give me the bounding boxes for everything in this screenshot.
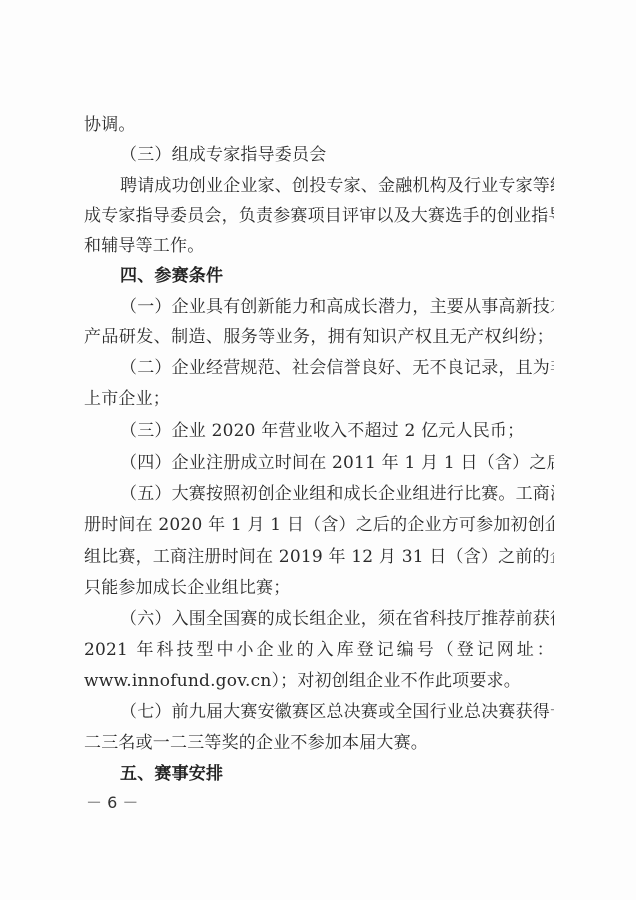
subheading-expert-committee: （三）组成专家指导委员会 <box>120 144 554 166</box>
paragraph-line: 组比赛，工商注册时间在 2019 年 12 月 31 日（含）之前的企业 <box>84 546 554 568</box>
document-page: 协调。 （三）组成专家指导委员会 聘请成功创业企业家、创投专家、金融机构及行业专… <box>0 0 636 900</box>
section-heading-schedule: 五、赛事安排 <box>120 763 554 785</box>
paragraph-line: 上市企业； <box>84 388 554 410</box>
section-heading-entry-conditions: 四、参赛条件 <box>120 265 554 287</box>
page-number: － 6 － <box>86 790 138 813</box>
paragraph-line-url: www.innofund.gov.cn）；对初创组企业不作此项要求。 <box>84 670 554 692</box>
paragraph-line: 2021 年科技型中小企业的入库登记编号（登记网址： <box>84 639 554 661</box>
paragraph-line: （四）企业注册成立时间在 2011 年 1 月 1 日（含）之后； <box>120 452 554 474</box>
paragraph-line: （五）大赛按照初创企业组和成长企业组进行比赛。工商注 <box>120 483 554 505</box>
paragraph-line: 册时间在 2020 年 1 月 1 日（含）之后的企业方可参加初创企业 <box>84 514 554 536</box>
paragraph-continuation: 协调。 <box>84 114 554 136</box>
paragraph-line: （三）企业 2020 年营业收入不超过 2 亿元人民币； <box>120 420 554 442</box>
paragraph-line: 产品研发、制造、服务等业务，拥有知识产权且无产权纠纷； <box>84 326 554 348</box>
paragraph-line: 成专家指导委员会，负责参赛项目评审以及大赛选手的创业指导 <box>84 205 554 227</box>
paragraph-line: 只能参加成长企业组比赛； <box>84 577 554 599</box>
paragraph-line: （一）企业具有创新能力和高成长潜力，主要从事高新技术 <box>120 296 554 318</box>
paragraph-line: 聘请成功创业企业家、创投专家、金融机构及行业专家等组 <box>120 175 554 197</box>
paragraph-line: 二三名或一二三等奖的企业不参加本届大赛。 <box>84 732 554 754</box>
paragraph-line: （六）入围全国赛的成长组企业，须在省科技厅推荐前获得 <box>120 608 554 630</box>
paragraph-line: （七）前九届大赛安徽赛区总决赛或全国行业总决赛获得一 <box>120 701 554 723</box>
paragraph-line: 和辅导等工作。 <box>84 235 554 257</box>
paragraph-line: （二）企业经营规范、社会信誉良好、无不良记录，且为非 <box>120 357 554 379</box>
